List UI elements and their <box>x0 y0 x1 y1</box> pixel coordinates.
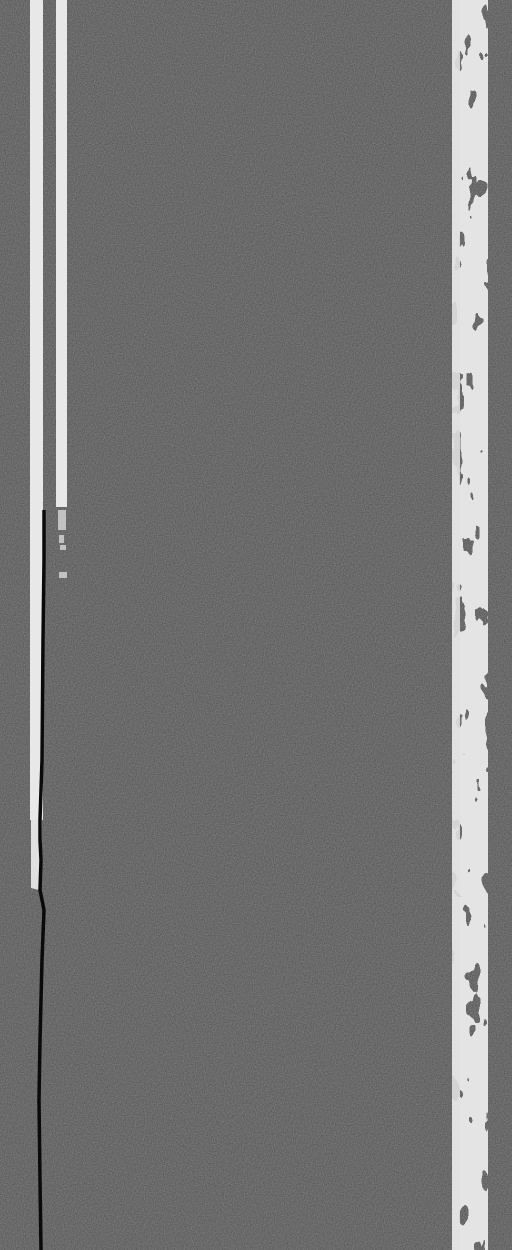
asphalt-surface <box>0 0 512 1250</box>
road-scene <box>0 0 512 1250</box>
inner-left-line <box>56 0 67 507</box>
